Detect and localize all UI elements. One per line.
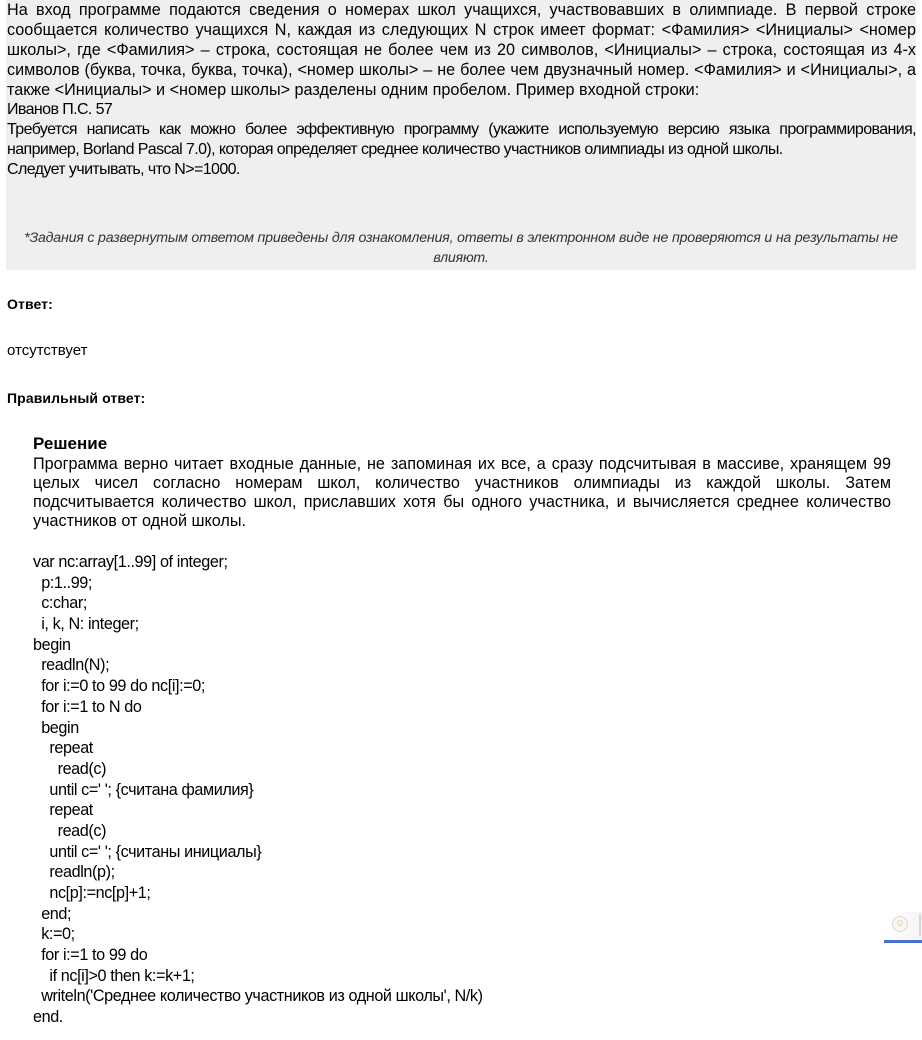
code-line: c:char; bbox=[33, 593, 483, 614]
solution-explanation: Программа верно читает входные данные, н… bbox=[33, 455, 891, 531]
code-line: p:1..99; bbox=[33, 573, 483, 594]
code-line: begin bbox=[33, 635, 483, 656]
page: На вход программе подаются сведения о но… bbox=[0, 0, 922, 1040]
code-line: k:=0; bbox=[33, 924, 483, 945]
code-line: until c=' '; {считана фамилия} bbox=[33, 780, 483, 801]
task-constraint: Следует учитывать, что N>=1000. bbox=[7, 160, 916, 180]
code-line: for i:=1 to 99 do bbox=[33, 945, 483, 966]
code-line: end; bbox=[33, 904, 483, 925]
code-line: readln(N); bbox=[33, 655, 483, 676]
code-line: nc[p]:=nc[p]+1; bbox=[33, 883, 483, 904]
code-line: end. bbox=[33, 1007, 483, 1028]
solution-code: var nc:array[1..99] of integer; p:1..99;… bbox=[33, 552, 483, 1028]
code-line: until c=' '; {считаны инициалы} bbox=[33, 842, 483, 863]
correct-answer-label: Правильный ответ: bbox=[7, 390, 145, 406]
code-line: writeln('Среднее количество участников и… bbox=[33, 986, 483, 1007]
code-line: for i:=1 to N do bbox=[33, 697, 483, 718]
code-line: repeat bbox=[33, 738, 483, 759]
task-example-line: Иванов П.С. 57 bbox=[7, 100, 916, 120]
code-line: readln(p); bbox=[33, 862, 483, 883]
solution-section: Решение Программа верно читает входные д… bbox=[33, 433, 891, 531]
smiley-icon: ☺ bbox=[892, 916, 908, 932]
code-line: read(c) bbox=[33, 821, 483, 842]
task-text: На вход программе подаются сведения о но… bbox=[7, 0, 916, 180]
answer-value: отсутствует bbox=[7, 342, 87, 359]
code-line: begin bbox=[33, 718, 483, 739]
side-helper-widget[interactable]: ☺ bbox=[884, 912, 922, 943]
code-line: for i:=0 to 99 do nc[i]:=0; bbox=[33, 676, 483, 697]
code-line: if nc[i]>0 then k:=k+1; bbox=[33, 966, 483, 987]
task-requirement: Требуется написать как можно более эффек… bbox=[7, 120, 916, 160]
code-line: read(c) bbox=[33, 759, 483, 780]
task-note: *Задания с развернутым ответом приведены… bbox=[6, 228, 916, 268]
task-description: На вход программе подаются сведения о но… bbox=[7, 0, 916, 100]
answer-label: Ответ: bbox=[7, 296, 53, 312]
code-line: var nc:array[1..99] of integer; bbox=[33, 552, 483, 573]
code-line: i, k, N: integer; bbox=[33, 614, 483, 635]
solution-title: Решение bbox=[33, 433, 891, 455]
code-line: repeat bbox=[33, 800, 483, 821]
widget-divider bbox=[919, 914, 921, 936]
task-statement-block: На вход программе подаются сведения о но… bbox=[6, 0, 916, 270]
